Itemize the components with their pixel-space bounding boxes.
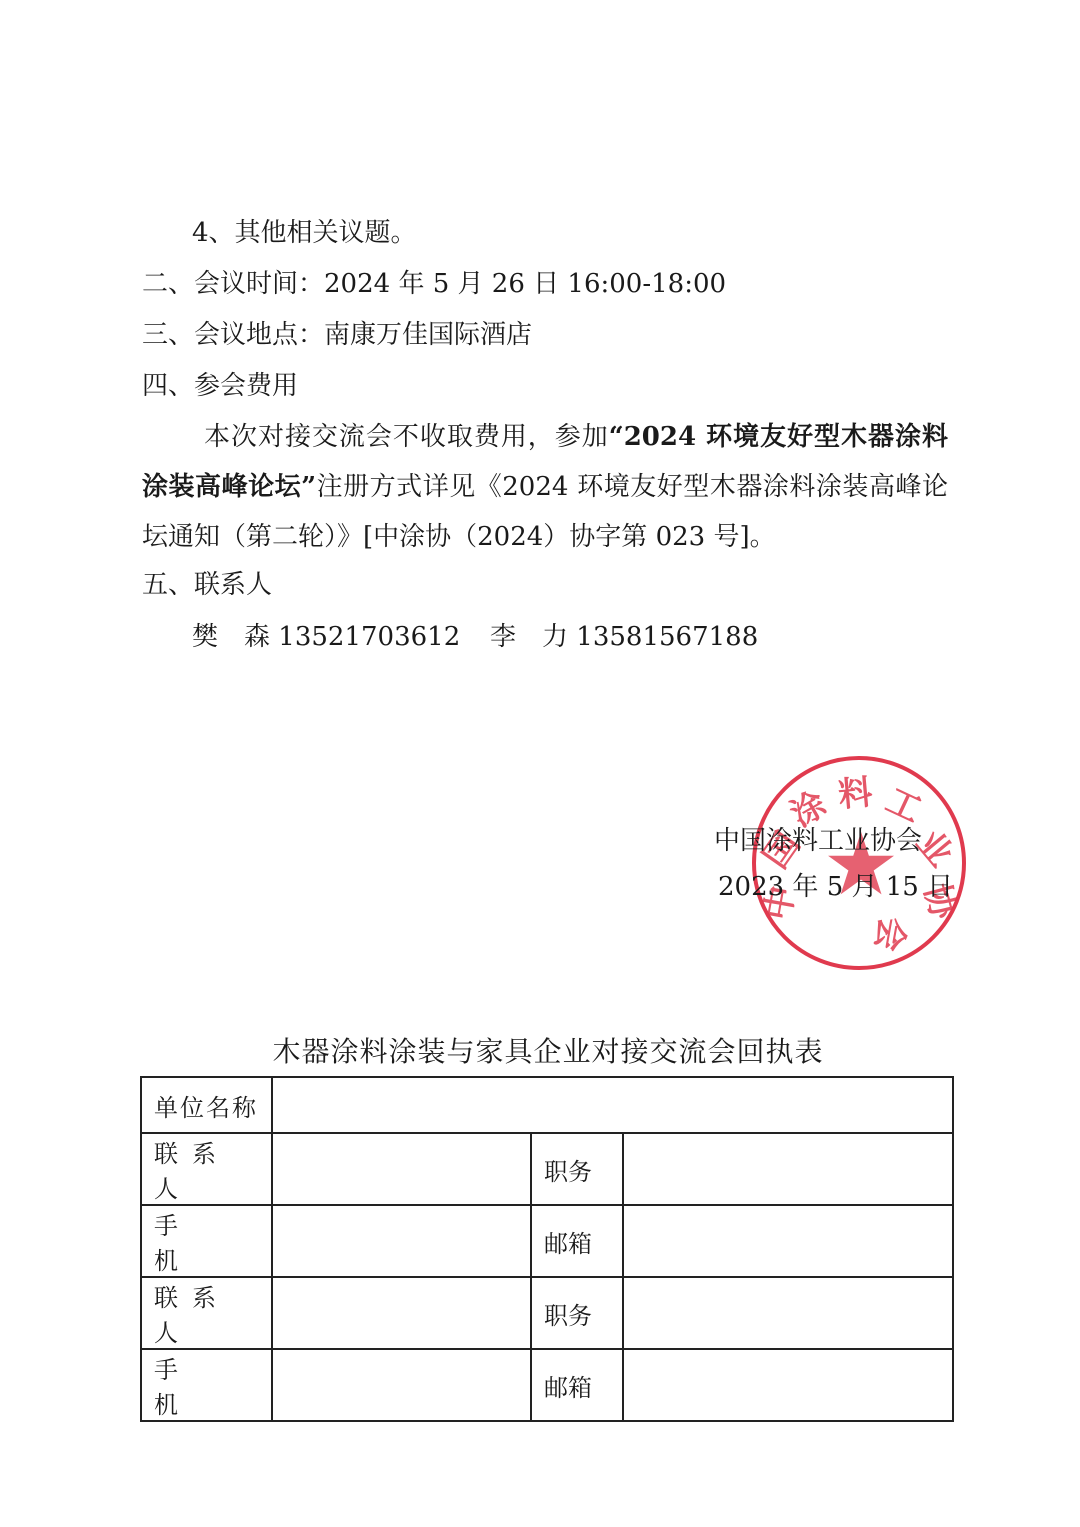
signature-date: 2023 年 5 月 15 日 [718, 872, 953, 902]
position-field[interactable] [623, 1133, 953, 1205]
meeting-time: 二、会议时间：2024 年 5 月 26 日 16:00-18:00 [142, 269, 726, 299]
position-field[interactable] [623, 1277, 953, 1349]
field-label: 联系人 [141, 1277, 272, 1349]
reply-form-table: 单位名称 联系人 职务 手机 邮箱 联系人 职务 手机 邮箱 [140, 1076, 954, 1422]
signature-organization: 中国涂料工业协会 [714, 826, 922, 856]
mobile-field[interactable] [272, 1205, 531, 1277]
email-field[interactable] [623, 1205, 953, 1277]
table-row: 手机 邮箱 [141, 1205, 953, 1277]
official-seal: ★ 中 国 涂 料 工 业 协 会 [752, 756, 966, 970]
contact-2-name: 李 力 [490, 622, 568, 652]
contact-1-phone: 13521703612 [278, 622, 460, 652]
contact-1-name: 樊 森 [192, 622, 270, 652]
field-label: 单位名称 [141, 1077, 272, 1133]
seal-char: 会 [866, 914, 920, 956]
table-row: 单位名称 [141, 1077, 953, 1133]
fee-text-1: 本次对接交流会不收取费用，参加 [204, 422, 609, 452]
company-name-field[interactable] [272, 1077, 953, 1133]
email-field[interactable] [623, 1349, 953, 1421]
contacts-heading: 五、联系人 [142, 570, 272, 600]
field-label: 邮箱 [531, 1349, 623, 1421]
agenda-item-4: 4、其他相关议题。 [192, 218, 417, 248]
seal-char: 料 [836, 765, 874, 817]
reply-form-title: 木器涂料涂装与家具企业对接交流会回执表 [0, 1030, 1080, 1070]
table-row: 手机 邮箱 [141, 1349, 953, 1421]
field-label: 职务 [531, 1277, 623, 1349]
field-label: 职务 [531, 1133, 623, 1205]
field-label: 手机 [141, 1349, 272, 1421]
meeting-location: 三、会议地点：南康万佳国际酒店 [142, 320, 532, 350]
table-row: 联系人 职务 [141, 1277, 953, 1349]
field-label: 联系人 [141, 1133, 272, 1205]
meeting-location-heading: 三、会议地点： [142, 320, 324, 350]
field-label: 手机 [141, 1205, 272, 1277]
meeting-time-value: 2024 年 5 月 26 日 16:00-18:00 [324, 269, 726, 299]
field-label: 邮箱 [531, 1205, 623, 1277]
meeting-time-heading: 二、会议时间： [142, 269, 324, 299]
fee-paragraph: 本次对接交流会不收取费用，参加“2024 环境友好型木器涂料涂装高峰论坛”注册方… [142, 412, 948, 562]
contact-2: 李 力 13581567188 [490, 622, 758, 652]
contact-name-field[interactable] [272, 1133, 531, 1205]
contact-1: 樊 森 13521703612 [192, 622, 460, 652]
mobile-field[interactable] [272, 1349, 531, 1421]
fee-heading: 四、参会费用 [142, 371, 298, 401]
table-row: 联系人 职务 [141, 1133, 953, 1205]
contact-name-field[interactable] [272, 1277, 531, 1349]
contact-2-phone: 13581567188 [576, 622, 758, 652]
meeting-location-value: 南康万佳国际酒店 [324, 320, 532, 350]
